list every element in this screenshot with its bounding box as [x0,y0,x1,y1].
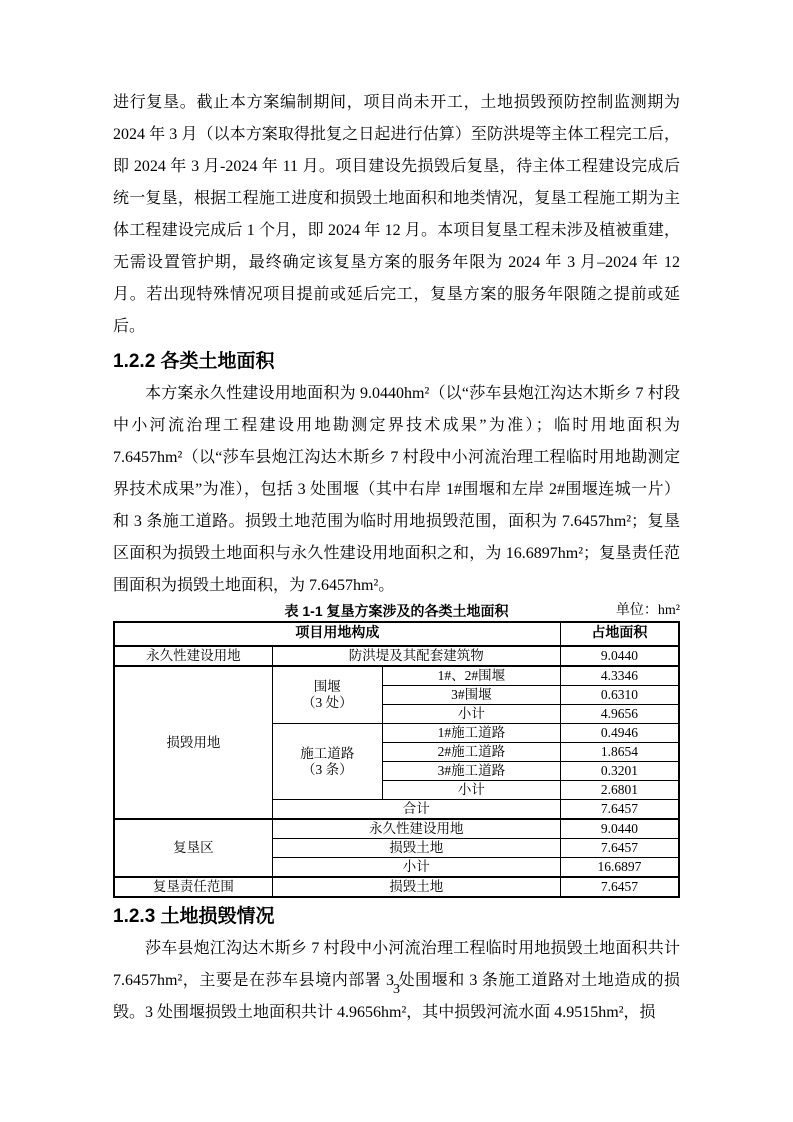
cell-duty-label: 复垦责任范围 [114,877,272,897]
heading-1-2-3-land-damage: 1.2.3 土地损毁情况 [113,903,680,931]
header-cell-composition: 项目用地构成 [114,622,560,646]
cell-damaged-total-value: 7.6457 [560,800,679,820]
cell-permanent-item: 防洪堤及其配套建筑物 [272,646,560,666]
cell-road-2-name: 2#施工道路 [382,743,560,762]
cell-weir-1-2-value: 4.3346 [560,666,679,686]
table-caption: 表 1-1 复垦方案涉及的各类土地面积 [285,602,509,620]
cell-reclaim-permanent-name: 永久性建设用地 [272,819,560,839]
cell-weir-subtotal-name: 小计 [382,705,560,724]
row-weir-1-2: 损毁用地 围堰 （3 处） 1#、2#围堰 4.3346 [114,666,679,686]
cell-reclaim-subtotal-name: 小计 [272,858,560,878]
land-area-table: 项目用地构成 占地面积 永久性建设用地 防洪堤及其配套建筑物 9.0440 损毁… [113,621,680,898]
cell-road-subtotal-name: 小计 [382,781,560,800]
heading-1-2-2-land-areas: 1.2.2 各类土地面积 [113,348,680,376]
cell-damaged-label: 损毁用地 [114,666,272,819]
row-reclaim-permanent: 复垦区 永久性建设用地 9.0440 [114,819,679,839]
cell-reclaim-damaged-name: 损毁土地 [272,839,560,858]
cell-damaged-total-name: 合计 [272,800,560,820]
cell-road-3-value: 0.3201 [560,762,679,781]
cell-weir-3-name: 3#围堰 [382,686,560,705]
document-page: 进行复垦。截止本方案编制期间，项目尚未开工，土地损毁预防控制监测期为 2024 … [0,0,793,1122]
cell-reclaim-damaged-value: 7.6457 [560,839,679,858]
cell-reclaim-label: 复垦区 [114,819,272,877]
cell-road-3-name: 3#施工道路 [382,762,560,781]
cell-weir-subtotal-value: 4.9656 [560,705,679,724]
row-permanent-use: 永久性建设用地 防洪堤及其配套建筑物 9.0440 [114,646,679,666]
page-footer: 3 [0,980,793,1000]
cell-road-1-name: 1#施工道路 [382,724,560,743]
table-unit-label: 单位：hm² [616,603,680,618]
table-unit-wrap: 单位：hm² [509,601,681,620]
row-duty-scope: 复垦责任范围 损毁土地 7.6457 [114,877,679,897]
cell-reclaim-subtotal-value: 16.6897 [560,858,679,878]
paragraph-land-area-details: 本方案永久性建设用地面积为 9.0440hm²（以“莎车县炮江沟达木斯乡 7 村… [113,378,680,602]
page-content: 进行复垦。截止本方案编制期间，项目尚未开工，土地损毁预防控制监测期为 2024 … [0,0,793,1029]
cell-duty-value: 7.6457 [560,877,679,897]
cell-permanent-value: 9.0440 [560,646,679,666]
page-number: 3 [393,982,400,997]
cell-weir-3-value: 0.6310 [560,686,679,705]
cell-weir-group-label: 围堰 （3 处） [272,666,382,724]
cell-road-2-value: 1.8654 [560,743,679,762]
cell-permanent-label: 永久性建设用地 [114,646,272,666]
table-caption-row: 表 1-1 复垦方案涉及的各类土地面积 单位：hm² [113,602,680,620]
header-cell-area: 占地面积 [560,622,679,646]
cell-road-subtotal-value: 2.6801 [560,781,679,800]
paragraph-reclamation-schedule: 进行复垦。截止本方案编制期间，项目尚未开工，土地损毁预防控制监测期为 2024 … [113,87,680,343]
cell-duty-item: 损毁土地 [272,877,560,897]
cell-road-group-label: 施工道路 （3 条） [272,724,382,800]
cell-road-1-value: 0.4946 [560,724,679,743]
table-header-row: 项目用地构成 占地面积 [114,622,679,646]
cell-reclaim-permanent-value: 9.0440 [560,819,679,839]
cell-weir-1-2-name: 1#、2#围堰 [382,666,560,686]
